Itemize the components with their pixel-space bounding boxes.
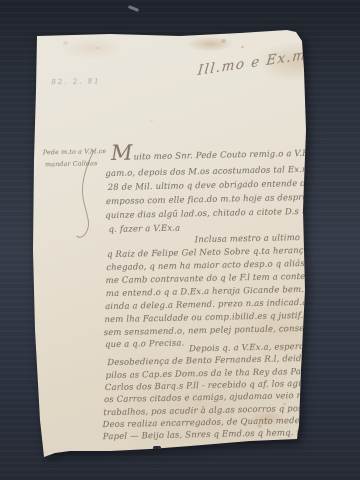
- manuscript-paper: 82. 2. 81 Ill.mo e Ex.mo Snr. Pede m.to …: [0, 0, 360, 480]
- bottom-edge-notch: [153, 446, 161, 450]
- manuscript-line: q. fazer a V.Ex.a: [108, 224, 180, 236]
- handwriting-layer: 82. 2. 81 Ill.mo e Ex.mo Snr. Pede m.to …: [0, 0, 360, 480]
- manuscript-line: Inclusa mestro a ultimo resp.ta: [195, 232, 335, 245]
- photo-backdrop: 82. 2. 81 Ill.mo e Ex.mo Snr. Pede m.to …: [0, 0, 360, 480]
- paper-surface: 82. 2. 81 Ill.mo e Ex.mo Snr. Pede m.to …: [0, 0, 360, 480]
- manuscript-line: que a q.o Precisa.: [105, 338, 185, 350]
- manuscript-line: Depois q. a V.Ex.a, espero m.to: [189, 341, 327, 354]
- letter-body: Muito meo Snr. Pede Couto remig.o a V.Ex…: [0, 0, 354, 2]
- foxing-spots: [0, 0, 3, 2]
